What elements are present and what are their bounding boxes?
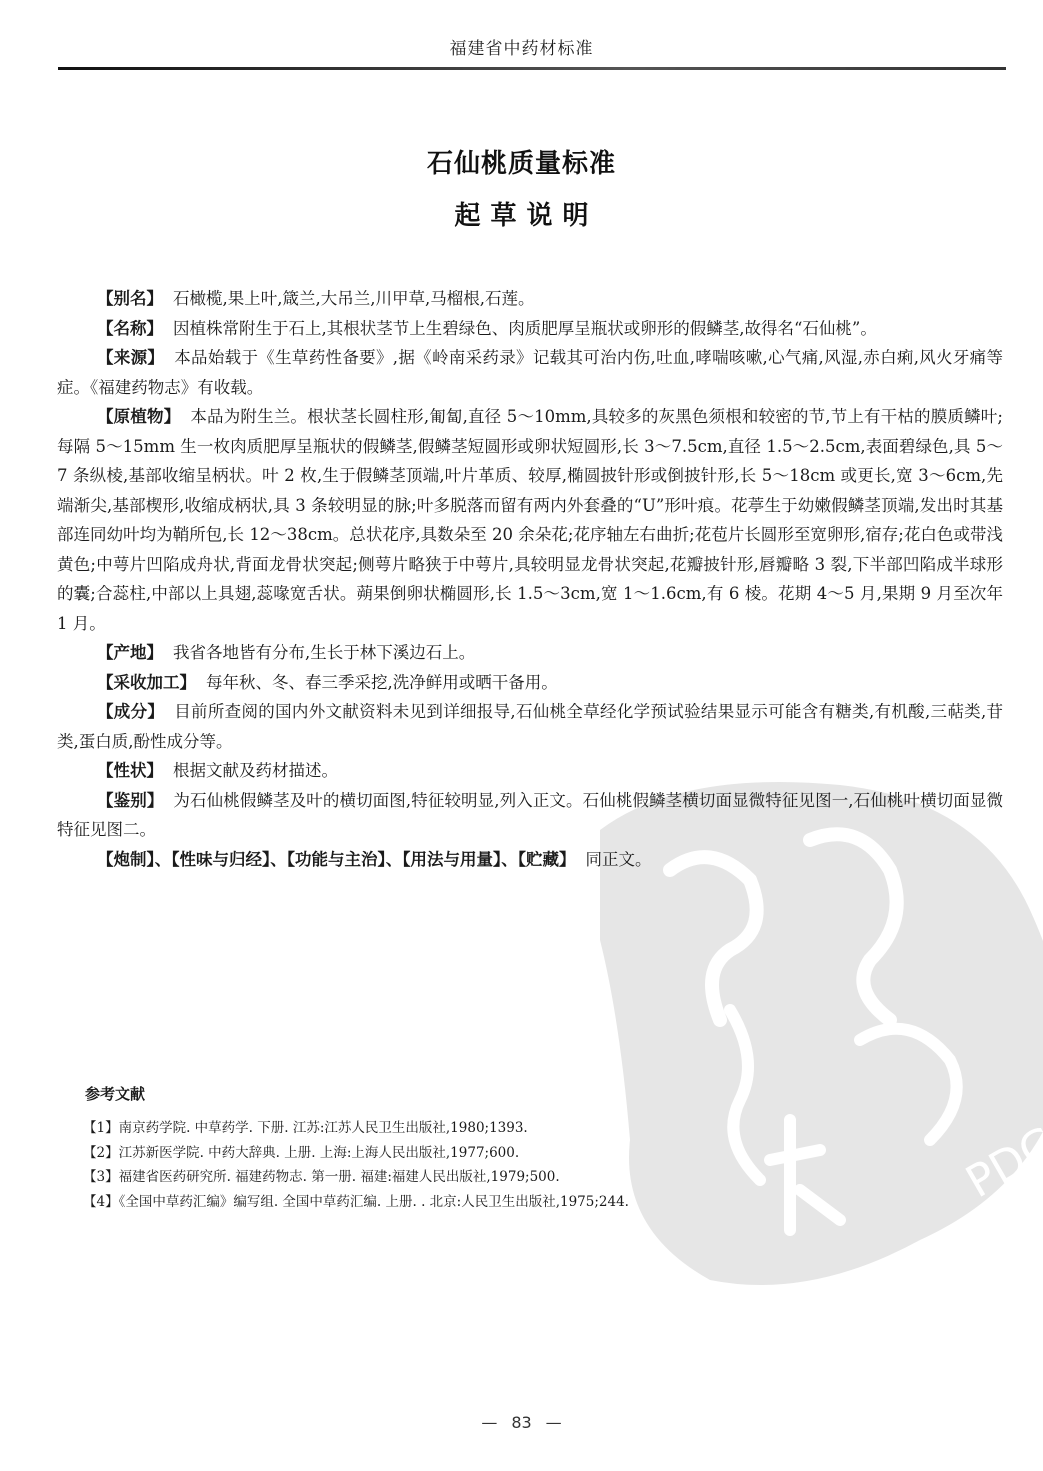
document-title: 石仙桃质量标准	[0, 143, 1043, 180]
page-number: —83—	[0, 1413, 1043, 1432]
references-section: 参考文献 【1】南京药学院. 中草药学. 下册. 江苏:江苏人民卫生出版社,19…	[85, 1083, 985, 1214]
section-text: 石橄榄,果上叶,箴兰,大吊兰,川甲草,马榴根,石莲。	[173, 289, 534, 308]
section-source: 【来源】本品始载于《生草药性备要》,据《岭南采药录》记载其可治内伤,吐血,哮喘咳…	[57, 343, 1003, 402]
section-label: 【成分】	[97, 702, 164, 721]
section-text: 因植株常附生于石上,其根状茎节上生碧绿色、肉质肥厚呈瓶状或卵形的假鳞茎,故得名“…	[173, 319, 877, 338]
section-text: 目前所查阅的国内外文献资料未见到详细报导,石仙桃全草经化学预试验结果显示可能含有…	[57, 702, 1003, 751]
section-text: 我省各地皆有分布,生长于林下溪边石上。	[173, 643, 475, 662]
section-label: 【性状】	[97, 761, 163, 780]
section-misc-same-as-main: 【炮制】、【性味与归经】、【功能与主治】、【用法与用量】、【贮藏】同正文。	[57, 845, 1003, 875]
section-text: 同正文。	[586, 850, 652, 869]
document-subtitle: 起草说明	[0, 195, 1043, 232]
section-text: 本品为附生兰。根状茎长圆柱形,匍匐,直径 5～10mm,具较多的灰黑色须根和较密…	[57, 407, 1003, 633]
reference-item: 【2】江苏新医学院. 中药大辞典. 上册. 上海:上海人民出版社,1977;60…	[83, 1141, 985, 1166]
reference-item: 【3】福建省医药研究所. 福建药物志. 第一册. 福建:福建人民出版社,1979…	[83, 1165, 985, 1190]
section-label: 【来源】	[97, 348, 164, 367]
page-dash-right: —	[546, 1413, 562, 1432]
reference-item: 【1】南京药学院. 中草药学. 下册. 江苏:江苏人民卫生出版社,1980;13…	[83, 1116, 985, 1141]
page-dash-left: —	[481, 1413, 497, 1432]
section-naming: 【名称】因植株常附生于石上,其根状茎节上生碧绿色、肉质肥厚呈瓶状或卵形的假鳞茎,…	[57, 314, 1003, 344]
section-label: 【别名】	[97, 289, 163, 308]
section-constituents: 【成分】目前所查阅的国内外文献资料未见到详细报导,石仙桃全草经化学预试验结果显示…	[57, 697, 1003, 756]
reference-item: 【4】《全国中草药汇编》编写组. 全国中草药汇编. 上册. . 北京:人民卫生出…	[83, 1190, 985, 1215]
section-label: 【原植物】	[97, 407, 180, 426]
section-label: 【鉴别】	[97, 791, 163, 810]
references-heading: 参考文献	[85, 1083, 985, 1104]
section-characteristics: 【性状】根据文献及药材描述。	[57, 756, 1003, 786]
section-text: 每年秋、冬、春三季采挖,洗净鲜用或晒干备用。	[206, 673, 558, 692]
section-origin: 【产地】我省各地皆有分布,生长于林下溪边石上。	[57, 638, 1003, 668]
section-original-plant: 【原植物】本品为附生兰。根状茎长圆柱形,匍匐,直径 5～10mm,具较多的灰黑色…	[57, 402, 1003, 638]
section-identification: 【鉴别】为石仙桃假鳞茎及叶的横切面图,特征较明显,列入正文。石仙桃假鳞茎横切面显…	[57, 786, 1003, 845]
section-label: 【名称】	[97, 319, 163, 338]
header-rule-divider	[58, 67, 1006, 70]
section-text: 为石仙桃假鳞茎及叶的横切面图,特征较明显,列入正文。石仙桃假鳞茎横切面显微特征见…	[57, 791, 1003, 840]
section-label: 【产地】	[97, 643, 163, 662]
section-alias: 【别名】石橄榄,果上叶,箴兰,大吊兰,川甲草,马榴根,石莲。	[57, 284, 1003, 314]
section-harvest-processing: 【采收加工】每年秋、冬、春三季采挖,洗净鲜用或晒干备用。	[57, 668, 1003, 698]
section-label: 【炮制】、【性味与归经】、【功能与主治】、【用法与用量】、【贮藏】	[97, 850, 576, 869]
running-head: 福建省中药材标准	[0, 34, 1043, 59]
body-content: 【别名】石橄榄,果上叶,箴兰,大吊兰,川甲草,马榴根,石莲。 【名称】因植株常附…	[57, 284, 1003, 874]
section-text: 本品始载于《生草药性备要》,据《岭南采药录》记载其可治内伤,吐血,哮喘咳嗽,心气…	[57, 348, 1003, 397]
section-text: 根据文献及药材描述。	[173, 761, 338, 780]
section-label: 【采收加工】	[97, 673, 196, 692]
page-number-value: 83	[511, 1413, 531, 1432]
